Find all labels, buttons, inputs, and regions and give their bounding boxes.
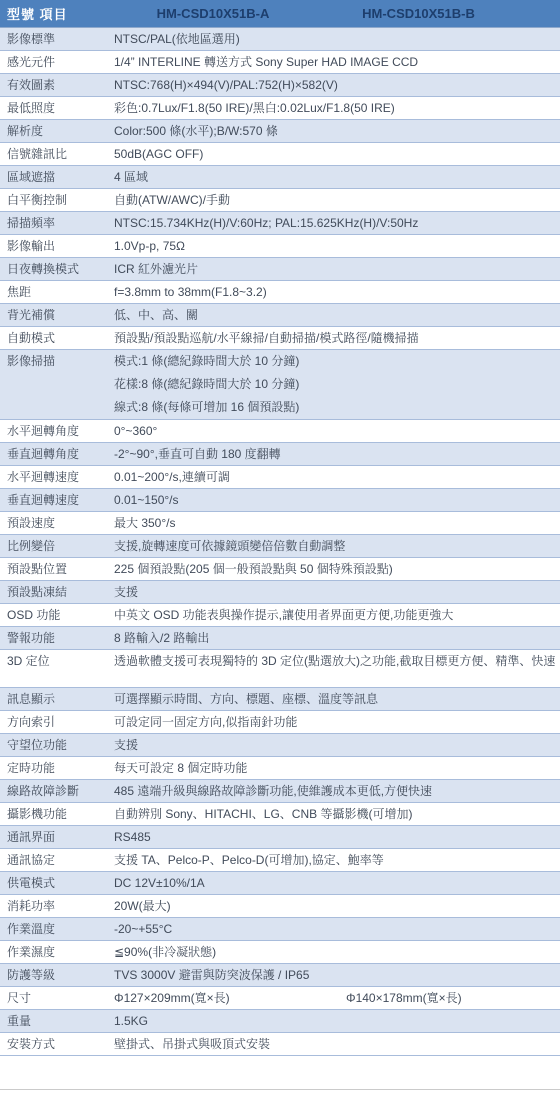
spec-value: 50dB(AGC OFF) bbox=[114, 143, 560, 165]
table-row: 影像掃描模式:1 條(總紀錄時間大於 10 分鐘)花樣:8 條(總紀錄時間大於 … bbox=[0, 350, 560, 420]
spec-value: 0°~360° bbox=[114, 420, 560, 442]
spec-value: 透過軟體支援可表現獨特的 3D 定位(點選放大)之功能,截取目標更方便、精準、快… bbox=[114, 650, 560, 673]
spec-label: 日夜轉換模式 bbox=[0, 258, 114, 280]
table-row: 水平迴轉速度0.01~200°/s,連續可調 bbox=[0, 466, 560, 489]
spec-label: 預設點位置 bbox=[0, 558, 114, 580]
spec-label: 方向索引 bbox=[0, 711, 114, 733]
spec-value: 可選擇顯示時間、方向、標題、座標、溫度等訊息 bbox=[114, 688, 560, 710]
table-row: 消耗功率20W(最大) bbox=[0, 895, 560, 918]
spec-label: 水平迴轉角度 bbox=[0, 420, 114, 442]
spec-value: 中英文 OSD 功能表與操作提示,讓使用者界面更方便,功能更強大 bbox=[114, 604, 560, 626]
spec-value: 支援,旋轉速度可依據鏡頭變倍倍數自動調整 bbox=[114, 535, 560, 557]
spec-label: 定時功能 bbox=[0, 757, 114, 779]
spec-table-body: 影像標準NTSC/PAL(依地區選用)感光元件1/4” INTERLINE 轉送… bbox=[0, 28, 560, 1056]
table-row: 預設點位置225 個預設點(205 個一般預設點與 50 個特殊預設點) bbox=[0, 558, 560, 581]
spec-value: DC 12V±10%/1A bbox=[114, 872, 560, 894]
spec-value: 支援 bbox=[114, 734, 560, 756]
spec-label: 背光補償 bbox=[0, 304, 114, 326]
table-row: 背光補償低、中、高、關 bbox=[0, 304, 560, 327]
spec-label: 作業溫度 bbox=[0, 918, 114, 940]
spec-label: 影像輸出 bbox=[0, 235, 114, 257]
spec-label: 供電模式 bbox=[0, 872, 114, 894]
table-row: 比例變倍支援,旋轉速度可依據鏡頭變倍倍數自動調整 bbox=[0, 535, 560, 558]
spec-label: OSD 功能 bbox=[0, 604, 114, 626]
spec-label: 重量 bbox=[0, 1010, 114, 1032]
spec-value: 8 路輸入/2 路輸出 bbox=[114, 627, 560, 649]
spec-value-line: 模式:1 條(總紀錄時間大於 10 分鐘) bbox=[114, 350, 560, 373]
spec-value: 最大 350°/s bbox=[114, 512, 560, 534]
spec-value: TVS 3000V 避雷與防突波保護 / IP65 bbox=[114, 964, 560, 986]
table-row: 攝影機功能自動辨別 Sony、HITACHI、LG、CNB 等攝影機(可增加) bbox=[0, 803, 560, 826]
table-row: 守望位功能支援 bbox=[0, 734, 560, 757]
spec-table: 型號 項目 HM-CSD10X51B-A HM-CSD10X51B-B 影像標準… bbox=[0, 0, 560, 1056]
spec-value: 1.5KG bbox=[114, 1010, 560, 1032]
spec-value-model-b: Φ140×178mm(寬×長) bbox=[346, 987, 462, 1009]
spec-label: 有效圖素 bbox=[0, 74, 114, 96]
table-row: OSD 功能中英文 OSD 功能表與操作提示,讓使用者界面更方便,功能更強大 bbox=[0, 604, 560, 627]
spec-value: 壁掛式、吊掛式與吸頂式安裝 bbox=[114, 1033, 560, 1055]
table-row: 重量1.5KG bbox=[0, 1010, 560, 1033]
table-row: 白平衡控制自動(ATW/AWC)/手動 bbox=[0, 189, 560, 212]
spec-value-model-a: Φ127×209mm(寬×長) bbox=[114, 987, 346, 1009]
bottom-divider bbox=[0, 1089, 560, 1090]
spec-label: 通訊界面 bbox=[0, 826, 114, 848]
spec-label: 解析度 bbox=[0, 120, 114, 142]
spec-label: 預設點凍結 bbox=[0, 581, 114, 603]
table-row: 預設速度最大 350°/s bbox=[0, 512, 560, 535]
spec-label: 垂直迴轉速度 bbox=[0, 489, 114, 511]
table-row: 安裝方式壁掛式、吊掛式與吸頂式安裝 bbox=[0, 1033, 560, 1056]
spec-value: 低、中、高、關 bbox=[114, 304, 560, 326]
spec-value: 可設定同一固定方向,似指南針功能 bbox=[114, 711, 560, 733]
spec-value: ≦90%(非冷凝狀態) bbox=[114, 941, 560, 963]
spec-label: 警報功能 bbox=[0, 627, 114, 649]
spec-label: 通訊協定 bbox=[0, 849, 114, 871]
table-row: 尺寸Φ127×209mm(寬×長)Φ140×178mm(寬×長) bbox=[0, 987, 560, 1010]
table-row: 防護等級TVS 3000V 避雷與防突波保護 / IP65 bbox=[0, 964, 560, 987]
spec-label: 線路故障診斷 bbox=[0, 780, 114, 802]
spec-value: 0.01~150°/s bbox=[114, 489, 560, 511]
spec-value: 0.01~200°/s,連續可調 bbox=[114, 466, 560, 488]
spec-value: 模式:1 條(總紀錄時間大於 10 分鐘)花樣:8 條(總紀錄時間大於 10 分… bbox=[114, 350, 560, 419]
spec-label: 自動模式 bbox=[0, 327, 114, 349]
spec-value: NTSC/PAL(依地區選用) bbox=[114, 28, 560, 50]
spec-label: 3D 定位 bbox=[0, 650, 114, 673]
spec-value: NTSC:768(H)×494(V)/PAL:752(H)×582(V) bbox=[114, 74, 560, 96]
spec-value: 1.0Vp-p, 75Ω bbox=[114, 235, 560, 257]
table-row: 作業濕度≦90%(非冷凝狀態) bbox=[0, 941, 560, 964]
table-header-row: 型號 項目 HM-CSD10X51B-A HM-CSD10X51B-B bbox=[0, 0, 560, 28]
table-row: 感光元件1/4” INTERLINE 轉送方式 Sony Super HAD I… bbox=[0, 51, 560, 74]
table-row: 日夜轉換模式ICR 紅外濾光片 bbox=[0, 258, 560, 281]
spec-label: 白平衡控制 bbox=[0, 189, 114, 211]
spec-value: Color:500 條(水平);B/W:570 條 bbox=[114, 120, 560, 142]
table-row: 作業溫度-20~+55°C bbox=[0, 918, 560, 941]
spec-label: 影像標準 bbox=[0, 28, 114, 50]
spec-value: 彩色:0.7Lux/F1.8(50 IRE)/黑白:0.02Lux/F1.8(5… bbox=[114, 97, 560, 119]
spec-value: 預設點/預設點巡航/水平線掃/自動掃描/模式路徑/隨機掃描 bbox=[114, 327, 560, 349]
spec-label: 預設速度 bbox=[0, 512, 114, 534]
spec-value: 支援 TA、Pelco-P、Pelco-D(可增加),協定、鮑率等 bbox=[114, 849, 560, 871]
spec-label: 水平迴轉速度 bbox=[0, 466, 114, 488]
spec-label: 信號雜訊比 bbox=[0, 143, 114, 165]
table-row: 自動模式預設點/預設點巡航/水平線掃/自動掃描/模式路徑/隨機掃描 bbox=[0, 327, 560, 350]
table-row: 區域遮擋4 區域 bbox=[0, 166, 560, 189]
spec-value: 20W(最大) bbox=[114, 895, 560, 917]
spec-value: 225 個預設點(205 個一般預設點與 50 個特殊預設點) bbox=[114, 558, 560, 580]
spec-label: 垂直迴轉角度 bbox=[0, 443, 114, 465]
table-row: 水平迴轉角度0°~360° bbox=[0, 420, 560, 443]
spec-label: 攝影機功能 bbox=[0, 803, 114, 825]
spec-value: f=3.8mm to 38mm(F1.8~3.2) bbox=[114, 281, 560, 303]
table-row: 影像輸出1.0Vp-p, 75Ω bbox=[0, 235, 560, 258]
spec-label: 比例變倍 bbox=[0, 535, 114, 557]
table-row: 警報功能8 路輸入/2 路輸出 bbox=[0, 627, 560, 650]
header-model-b: HM-CSD10X51B-B bbox=[311, 6, 560, 21]
spec-value: 485 遠端升級與線路故障診斷功能,使維護成本更低,方便快速 bbox=[114, 780, 560, 802]
table-row: 影像標準NTSC/PAL(依地區選用) bbox=[0, 28, 560, 51]
table-row: 掃描頻率NTSC:15.734KHz(H)/V:60Hz; PAL:15.625… bbox=[0, 212, 560, 235]
table-row: 有效圖素 NTSC:768(H)×494(V)/PAL:752(H)×582(V… bbox=[0, 74, 560, 97]
table-row: 信號雜訊比50dB(AGC OFF) bbox=[0, 143, 560, 166]
spec-value: 每天可設定 8 個定時功能 bbox=[114, 757, 560, 779]
table-row: 定時功能每天可設定 8 個定時功能 bbox=[0, 757, 560, 780]
spec-value: -2°~90°,垂直可自動 180 度翻轉 bbox=[114, 443, 560, 465]
table-row: 通訊界面RS485 bbox=[0, 826, 560, 849]
table-row: 線路故障診斷485 遠端升級與線路故障診斷功能,使維護成本更低,方便快速 bbox=[0, 780, 560, 803]
spec-value: RS485 bbox=[114, 826, 560, 848]
spec-value: ICR 紅外濾光片 bbox=[114, 258, 560, 280]
header-item-label: 型號 項目 bbox=[0, 4, 115, 23]
spec-value-line: 線式:8 條(每條可增加 16 個預設點) bbox=[114, 396, 560, 419]
spec-value: 自動(ATW/AWC)/手動 bbox=[114, 189, 560, 211]
table-row: 3D 定位透過軟體支援可表現獨特的 3D 定位(點選放大)之功能,截取目標更方便… bbox=[0, 650, 560, 688]
spec-label: 感光元件 bbox=[0, 51, 114, 73]
spec-sheet-page: 型號 項目 HM-CSD10X51B-A HM-CSD10X51B-B 影像標準… bbox=[0, 0, 560, 1100]
spec-label: 作業濕度 bbox=[0, 941, 114, 963]
table-row: 供電模式DC 12V±10%/1A bbox=[0, 872, 560, 895]
table-row: 最低照度彩色:0.7Lux/F1.8(50 IRE)/黑白:0.02Lux/F1… bbox=[0, 97, 560, 120]
spec-label: 尺寸 bbox=[0, 987, 114, 1009]
spec-label: 區域遮擋 bbox=[0, 166, 114, 188]
spec-label: 防護等級 bbox=[0, 964, 114, 986]
table-row: 解析度Color:500 條(水平);B/W:570 條 bbox=[0, 120, 560, 143]
spec-value: Φ127×209mm(寬×長)Φ140×178mm(寬×長) bbox=[114, 987, 560, 1009]
spec-value: 自動辨別 Sony、HITACHI、LG、CNB 等攝影機(可增加) bbox=[114, 803, 560, 825]
spec-label: 守望位功能 bbox=[0, 734, 114, 756]
spec-label: 掃描頻率 bbox=[0, 212, 114, 234]
header-model-a: HM-CSD10X51B-A bbox=[115, 6, 311, 21]
spec-value: 1/4” INTERLINE 轉送方式 Sony Super HAD IMAGE… bbox=[114, 51, 560, 73]
spec-label: 最低照度 bbox=[0, 97, 114, 119]
table-row: 垂直迴轉速度0.01~150°/s bbox=[0, 489, 560, 512]
spec-value: 支援 bbox=[114, 581, 560, 603]
table-row: 方向索引可設定同一固定方向,似指南針功能 bbox=[0, 711, 560, 734]
spec-value-line: 花樣:8 條(總紀錄時間大於 10 分鐘) bbox=[114, 373, 560, 396]
table-row: 預設點凍結支援 bbox=[0, 581, 560, 604]
spec-value: -20~+55°C bbox=[114, 918, 560, 940]
table-row: 焦距f=3.8mm to 38mm(F1.8~3.2) bbox=[0, 281, 560, 304]
spec-label: 消耗功率 bbox=[0, 895, 114, 917]
spec-value: NTSC:15.734KHz(H)/V:60Hz; PAL:15.625KHz(… bbox=[114, 212, 560, 234]
spec-label: 訊息顯示 bbox=[0, 688, 114, 710]
spec-label: 焦距 bbox=[0, 281, 114, 303]
table-row: 通訊協定支援 TA、Pelco-P、Pelco-D(可增加),協定、鮑率等 bbox=[0, 849, 560, 872]
spec-label: 安裝方式 bbox=[0, 1033, 114, 1055]
table-row: 訊息顯示可選擇顯示時間、方向、標題、座標、溫度等訊息 bbox=[0, 688, 560, 711]
spec-label: 影像掃描 bbox=[0, 350, 114, 373]
spec-value: 4 區域 bbox=[114, 166, 560, 188]
table-row: 垂直迴轉角度-2°~90°,垂直可自動 180 度翻轉 bbox=[0, 443, 560, 466]
